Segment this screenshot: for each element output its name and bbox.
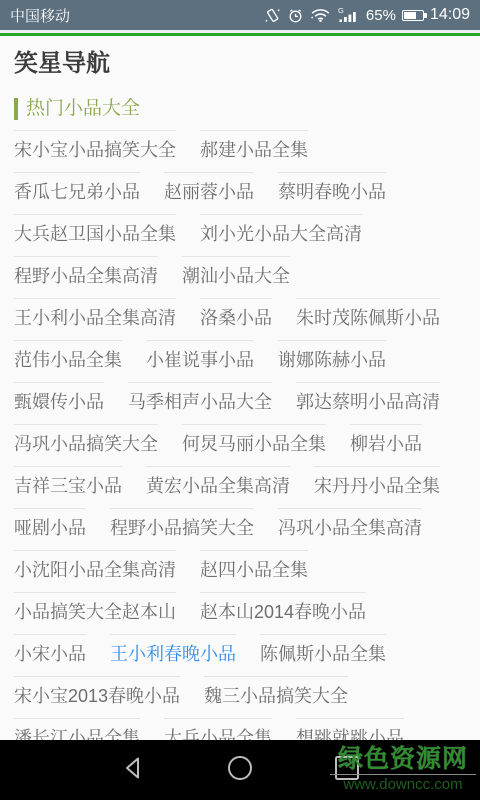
link-item[interactable]: 柳岩小品 [350,424,422,456]
home-icon [225,753,255,788]
link-row: 吉祥三宝小品黄宏小品全集高清宋丹丹小品全集 [14,456,466,498]
back-icon [118,753,148,788]
link-item[interactable]: 魏三小品搞笑大全 [204,676,348,708]
link-item[interactable]: 刘小光小品大全高清 [200,214,362,246]
link-row: 大兵赵卫国小品全集刘小光小品大全高清 [14,204,466,246]
home-button[interactable] [205,740,275,800]
link-item[interactable]: 潮汕小品大全 [182,256,290,288]
link-item[interactable]: 谢娜陈赫小品 [278,340,386,372]
link-row: 王小利小品全集高清洛桑小品朱时茂陈佩斯小品 [14,288,466,330]
link-item[interactable]: 小沈阳小品全集高清 [14,550,176,582]
battery-percent-label: 65% [366,7,396,24]
link-item[interactable]: 郭达蔡明小品高清 [296,382,440,414]
link-item[interactable]: 黄宏小品全集高清 [146,466,290,498]
page-title: 笑星导航 [14,48,466,80]
link-item[interactable]: 小崔说事小品 [146,340,254,372]
link-item[interactable]: 宋丹丹小品全集 [314,466,440,498]
link-row: 宋小宝2013春晚小品魏三小品搞笑大全 [14,666,466,708]
link-item[interactable]: 马季相声小品大全 [128,382,272,414]
signal-icon: G [337,6,360,24]
android-nav-bar [0,740,480,800]
link-item[interactable]: 香瓜七兄弟小品 [14,172,140,204]
hot-links-list: 宋小宝小品搞笑大全郝建小品全集香瓜七兄弟小品赵丽蓉小品蔡明春晚小品大兵赵卫国小品… [14,120,466,750]
alarm-icon [287,7,304,24]
link-item[interactable]: 大兵赵卫国小品全集 [14,214,176,246]
link-item[interactable]: 王小利小品全集高清 [14,298,176,330]
section-title: 热门小品大全 [14,98,466,120]
link-item[interactable]: 哑剧小品 [14,508,86,540]
link-row: 小宋小品王小利春晚小品陈佩斯小品全集 [14,624,466,666]
link-item[interactable]: 陈佩斯小品全集 [260,634,386,666]
link-row: 香瓜七兄弟小品赵丽蓉小品蔡明春晚小品 [14,162,466,204]
wifi-icon [310,7,331,23]
link-item[interactable]: 程野小品全集高清 [14,256,158,288]
link-item[interactable]: 范伟小品全集 [14,340,122,372]
link-item[interactable]: 冯巩小品全集高清 [278,508,422,540]
link-item[interactable]: 赵本山2014春晚小品 [200,592,366,624]
link-item[interactable]: 宋小宝小品搞笑大全 [14,130,176,162]
clock-label: 14:09 [430,6,470,24]
link-item[interactable]: 何炅马丽小品全集 [182,424,326,456]
battery-icon [402,10,424,21]
link-item[interactable]: 王小利春晚小品 [110,634,236,666]
link-row: 小沈阳小品全集高清赵四小品全集 [14,540,466,582]
vibrate-icon [264,7,281,24]
link-item[interactable]: 朱时茂陈佩斯小品 [296,298,440,330]
link-item[interactable]: 洛桑小品 [200,298,272,330]
recents-icon [332,753,362,788]
carrier-label: 中国移动 [10,5,70,26]
link-row: 哑剧小品程野小品搞笑大全冯巩小品全集高清 [14,498,466,540]
link-row: 冯巩小品搞笑大全何炅马丽小品全集柳岩小品 [14,414,466,456]
link-item[interactable]: 程野小品搞笑大全 [110,508,254,540]
back-button[interactable] [98,740,168,800]
link-item[interactable]: 赵四小品全集 [200,550,308,582]
link-row: 宋小宝小品搞笑大全郝建小品全集 [14,120,466,162]
link-item[interactable]: 小宋小品 [14,634,86,666]
link-row: 小品搞笑大全赵本山赵本山2014春晚小品 [14,582,466,624]
link-row: 程野小品全集高清潮汕小品大全 [14,246,466,288]
link-item[interactable]: 宋小宝2013春晚小品 [14,676,180,708]
link-item[interactable]: 小品搞笑大全赵本山 [14,592,176,624]
link-item[interactable]: 赵丽蓉小品 [164,172,254,204]
link-item[interactable]: 冯巩小品搞笑大全 [14,424,158,456]
link-item[interactable]: 郝建小品全集 [200,130,308,162]
link-item[interactable]: 甄嬛传小品 [14,382,104,414]
page-header: 笑星导航 [0,36,480,88]
status-bar: 中国移动 [0,0,480,30]
link-item[interactable]: 蔡明春晚小品 [278,172,386,204]
signal-type-glyph: G [338,6,344,15]
link-row: 甄嬛传小品马季相声小品大全郭达蔡明小品高清 [14,372,466,414]
link-row: 范伟小品全集小崔说事小品谢娜陈赫小品 [14,330,466,372]
link-item[interactable]: 吉祥三宝小品 [14,466,122,498]
recents-button[interactable] [312,740,382,800]
